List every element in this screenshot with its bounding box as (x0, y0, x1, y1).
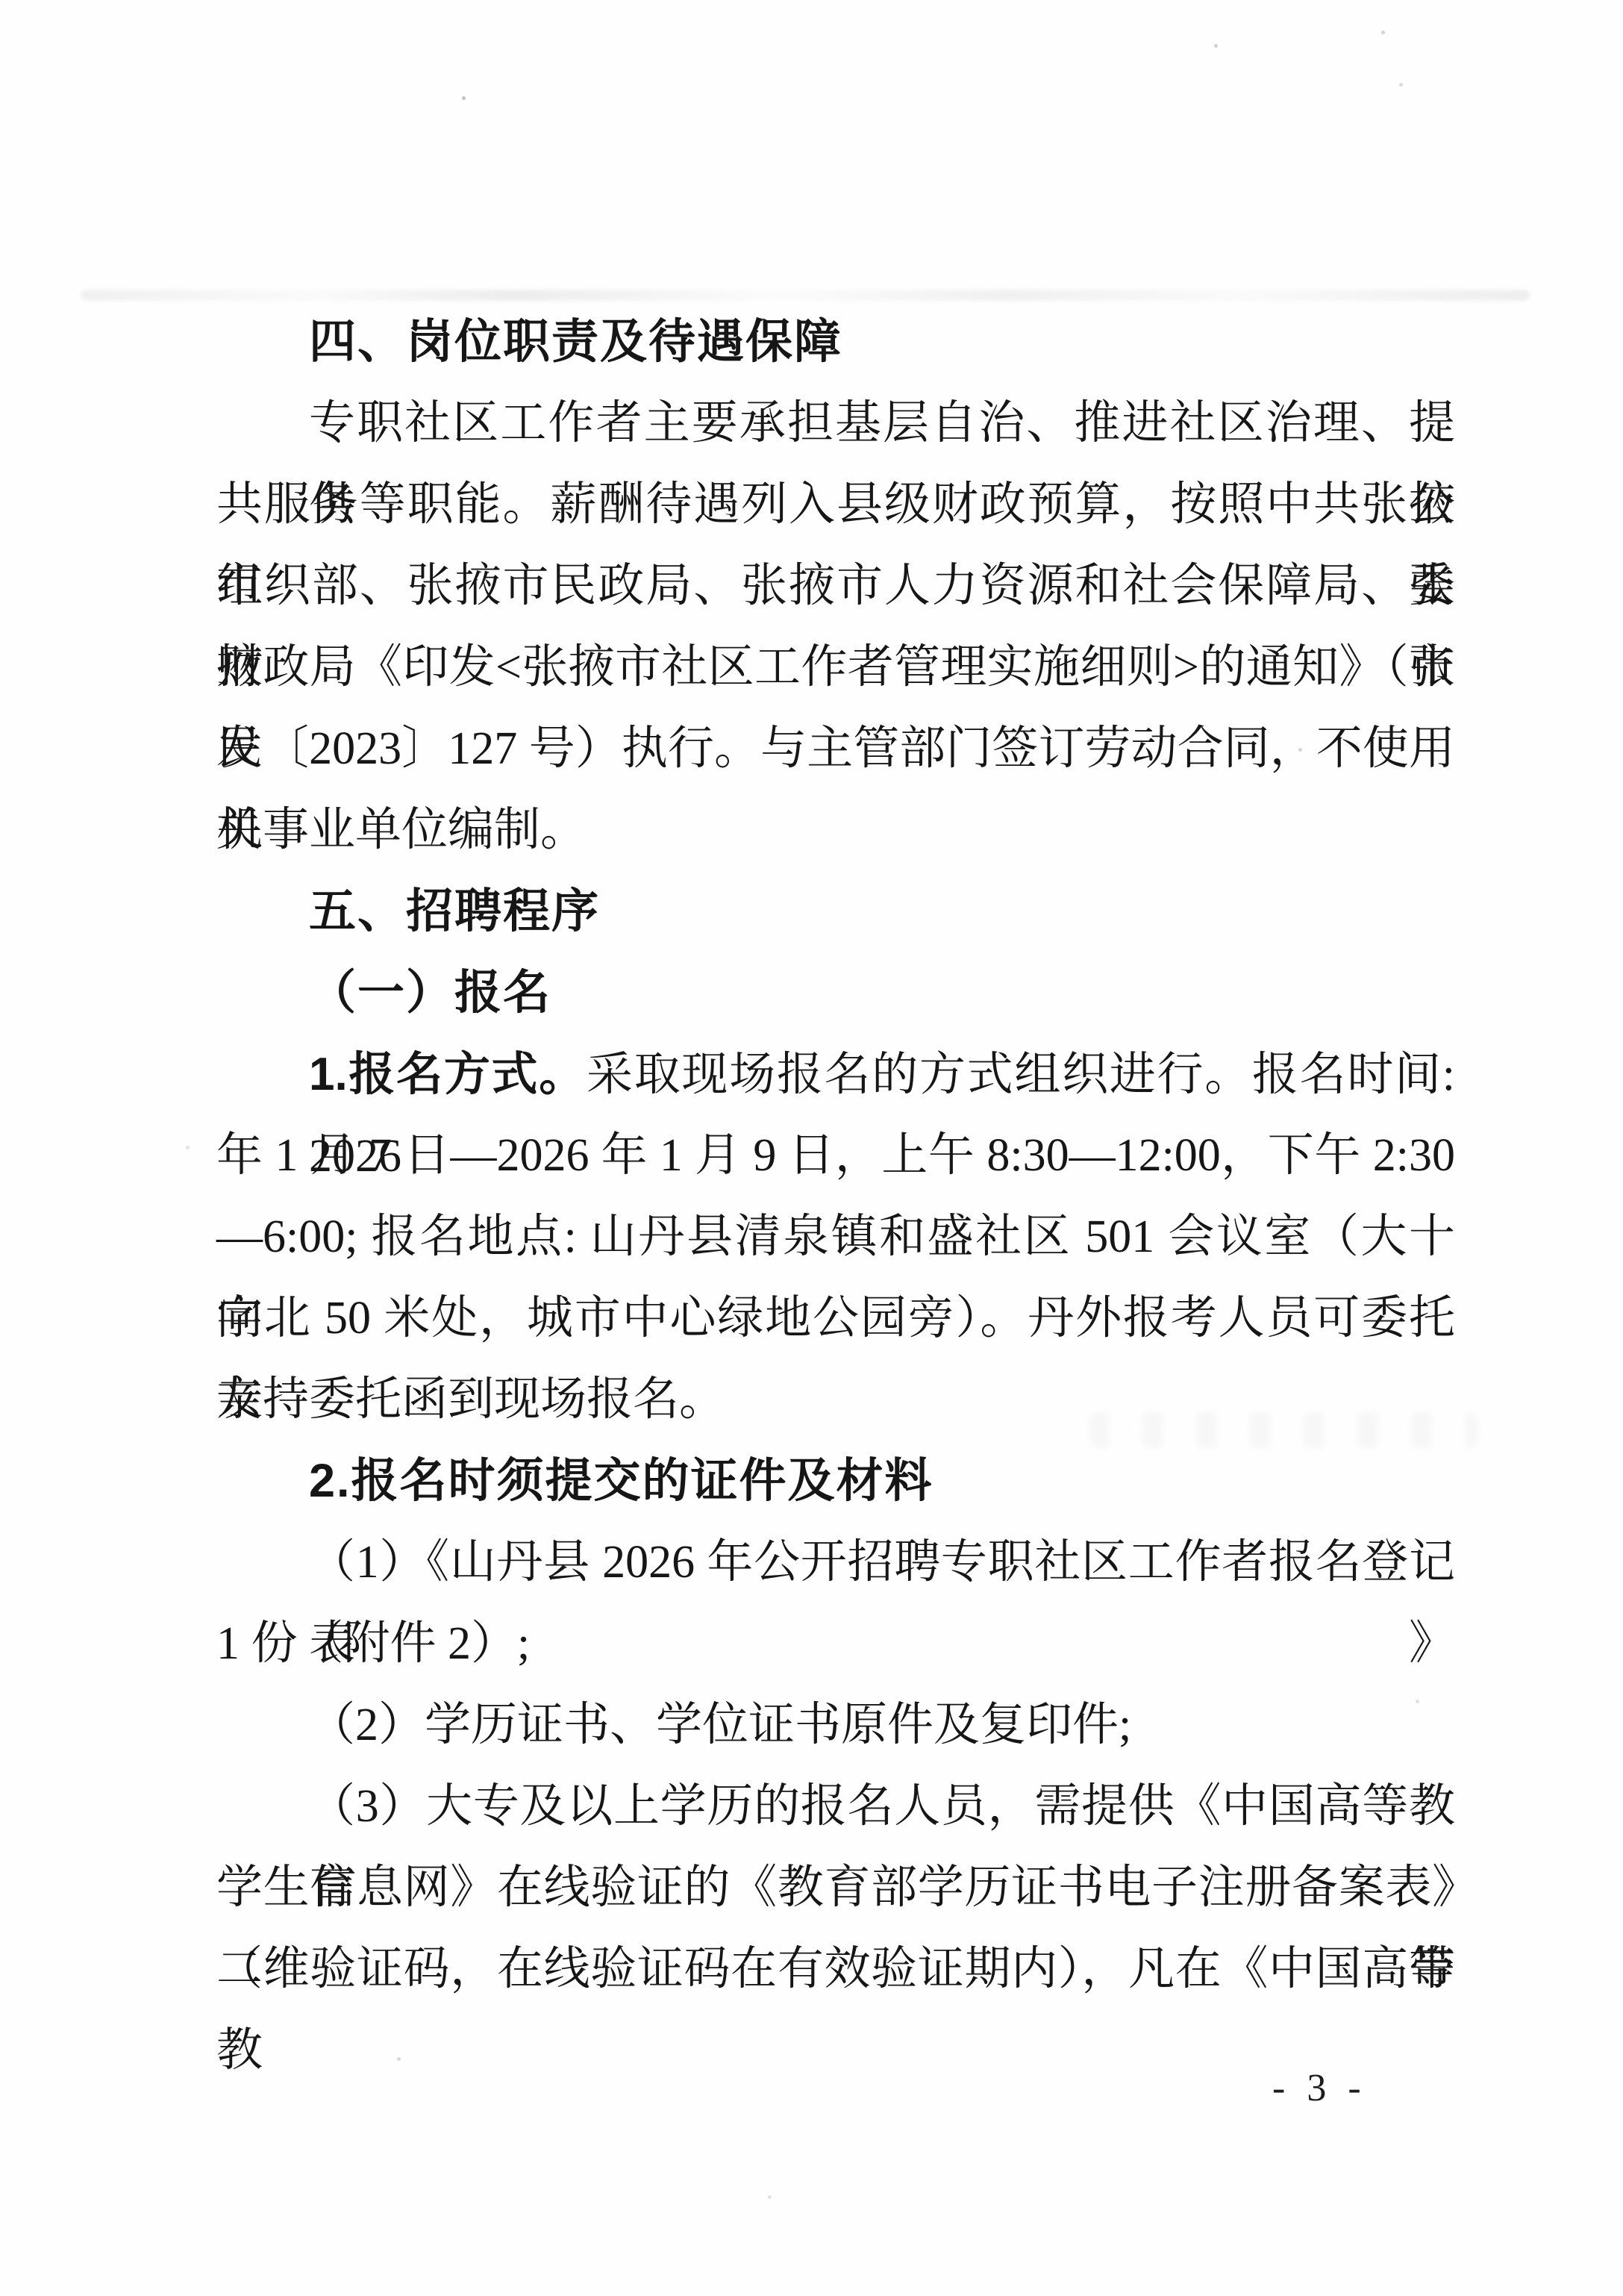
heading-section5: 五、招聘程序 (216, 871, 1455, 952)
paragraph-line: （3）大专及以上学历的报名人员，需提供《中国高等教育 (216, 1766, 1455, 1847)
scan-artifact-specks (0, 0, 2, 2)
document-body: 四、岗位职责及待遇保障 专职社区工作者主要承担基层自治、推进社区治理、提供公 共… (216, 302, 1455, 2010)
paragraph-line: 关事业单位编制。 (216, 790, 1455, 871)
paragraph-line: 友持委托函到现场报名。 (216, 1359, 1455, 1441)
heading-subsection-materials: 2.报名时须提交的证件及材料 (216, 1441, 1455, 1522)
paragraph-line: 财政局《印发<张掖市社区工作者管理实施细则>的通知》（张民 (216, 627, 1455, 708)
paragraph-line: 学生信息网》在线验证的《教育部学历证书电子注册备案表》（带 (216, 1847, 1455, 1929)
scanned-document-page: 四、岗位职责及待遇保障 专职社区工作者主要承担基层自治、推进社区治理、提供公 共… (0, 0, 1623, 2296)
paragraph-line: 向北 50 米处，城市中心绿地公园旁）。丹外报考人员可委托亲 (216, 1278, 1455, 1359)
paragraph-line: 组织部、张掖市民政局、张掖市人力资源和社会保障局、张掖市 (216, 546, 1455, 627)
paragraph-line: 发〔2023〕127 号）执行。与主管部门签订劳动合同，不使用机 (216, 708, 1455, 790)
paragraph-line: 专职社区工作者主要承担基层自治、推进社区治理、提供公 (216, 383, 1455, 464)
paragraph-line: 年 1 月 7 日—2026 年 1 月 9 日，上午 8:30—12:00，下… (216, 1115, 1455, 1197)
paragraph-line: （1）《山丹县 2026 年公开招聘专职社区工作者报名登记表》 (216, 1522, 1455, 1603)
paragraph-line: —6:00; 报名地点: 山丹县清泉镇和盛社区 501 会议室（大十字 (216, 1197, 1455, 1278)
page-number: - 3 - (1272, 2066, 1367, 2110)
paragraph-line: 1.报名方式。采取现场报名的方式组织进行。报名时间: 2026 (216, 1034, 1455, 1115)
paragraph-line: 共服务等职能。薪酬待遇列入县级财政预算，按照中共张掖市委 (216, 464, 1455, 546)
heading-subsection-baoming: （一）报名 (216, 952, 1455, 1034)
paragraph-line: 二维验证码，在线验证码在有效验证期内），凡在《中国高等教 (216, 1929, 1455, 2010)
scan-artifact-top-band (81, 290, 1530, 301)
heading-section4: 四、岗位职责及待遇保障 (216, 302, 1455, 383)
inline-bold-label: 1.报名方式。 (309, 1049, 587, 1100)
paragraph-line: （2）学历证书、学位证书原件及复印件; (216, 1685, 1455, 1766)
